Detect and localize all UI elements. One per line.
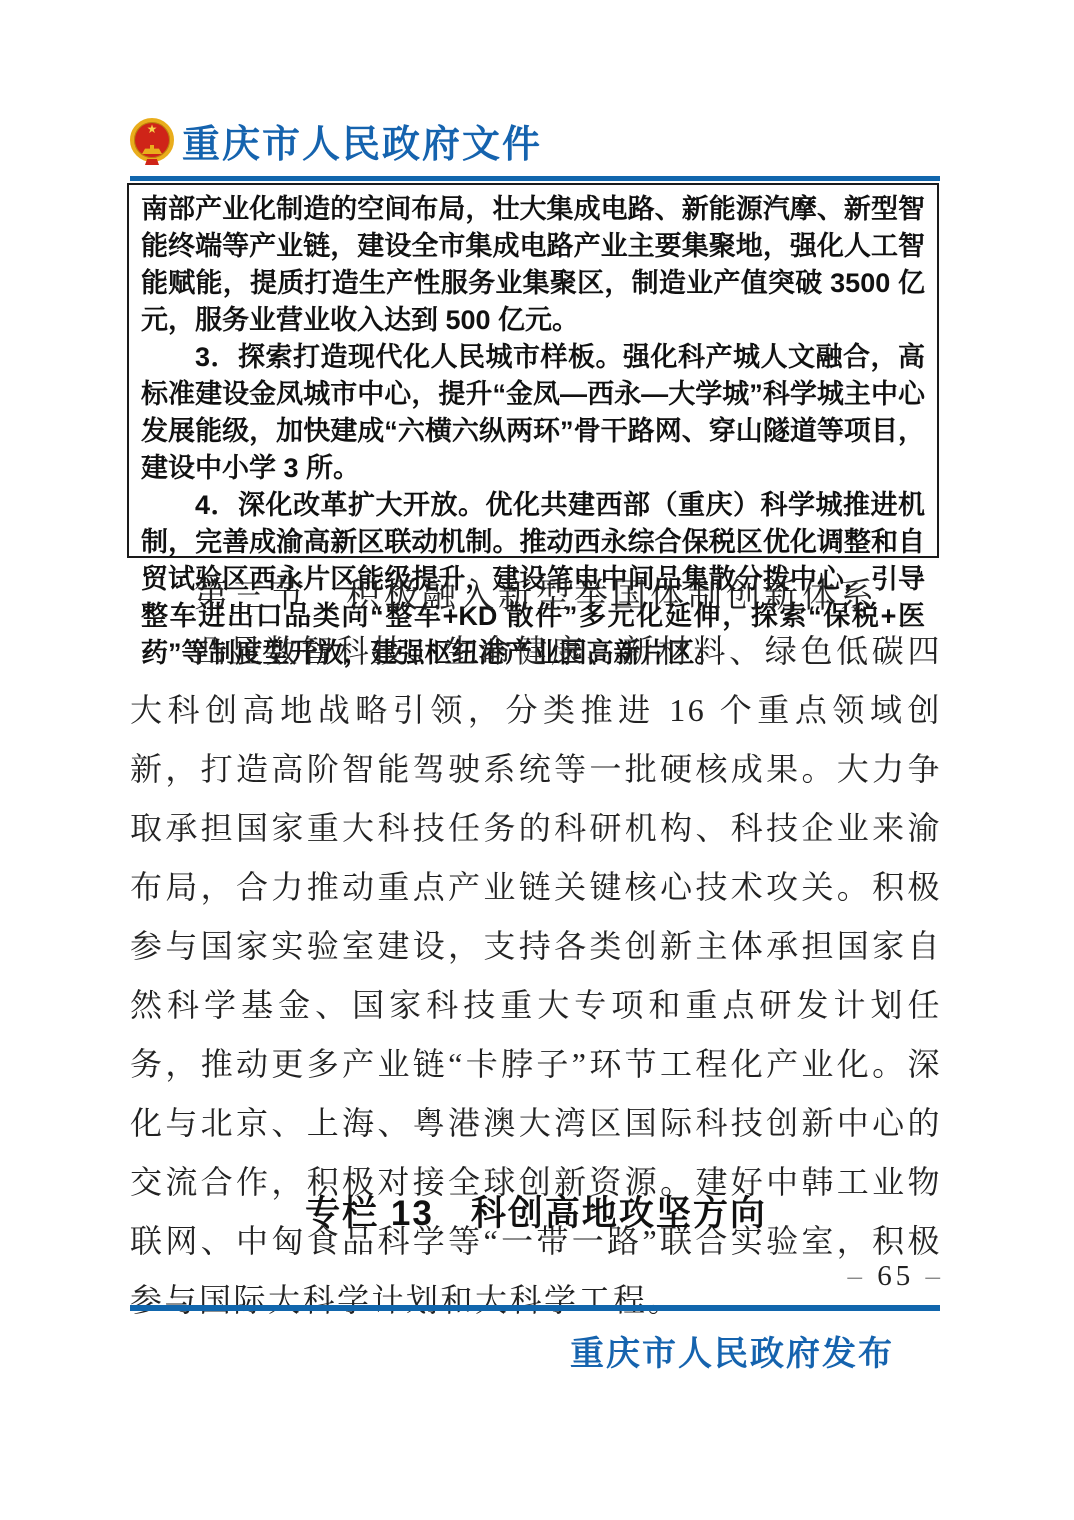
emblem-tassel-icon [145, 159, 159, 165]
document-page: ★ 重庆市人民政府文件 南部产业化制造的空间布局，壮大集成电路、新能源汽摩、新型… [0, 0, 1074, 1520]
page-number-dash: – [848, 1260, 867, 1292]
publisher-label: 重庆市人民政府发布 [570, 1326, 894, 1375]
page-number-value: 65 [877, 1260, 914, 1292]
page-number-dash: – [926, 1260, 945, 1292]
emblem-star-icon: ★ [147, 123, 158, 135]
section-heading: 第三节 积极融入新型举国体制创新体系 [130, 568, 942, 617]
box-paragraph: 3．探索打造现代化人民城市样板。强化科产城人文融合，高标准建设金凤城市中心，提升… [141, 339, 925, 487]
box-paragraph: 南部产业化制造的空间布局，壮大集成电路、新能源汽摩、新型智能终端等产业链，建设全… [141, 191, 925, 339]
header-rule [130, 176, 940, 181]
page-number: – 65 – [848, 1260, 945, 1293]
document-header: ★ 重庆市人民政府文件 [130, 112, 942, 168]
national-emblem-icon: ★ [130, 118, 174, 162]
org-title: 重庆市人民政府文件 [182, 113, 542, 168]
highlight-box: 南部产业化制造的空间布局，壮大集成电路、新能源汽摩、新型智能终端等产业链，建设全… [127, 183, 939, 558]
emblem-gate-icon [142, 145, 162, 154]
footer-rule [130, 1305, 940, 1311]
column-heading: 专栏 13 科创高地攻坚方向 [130, 1186, 942, 1236]
